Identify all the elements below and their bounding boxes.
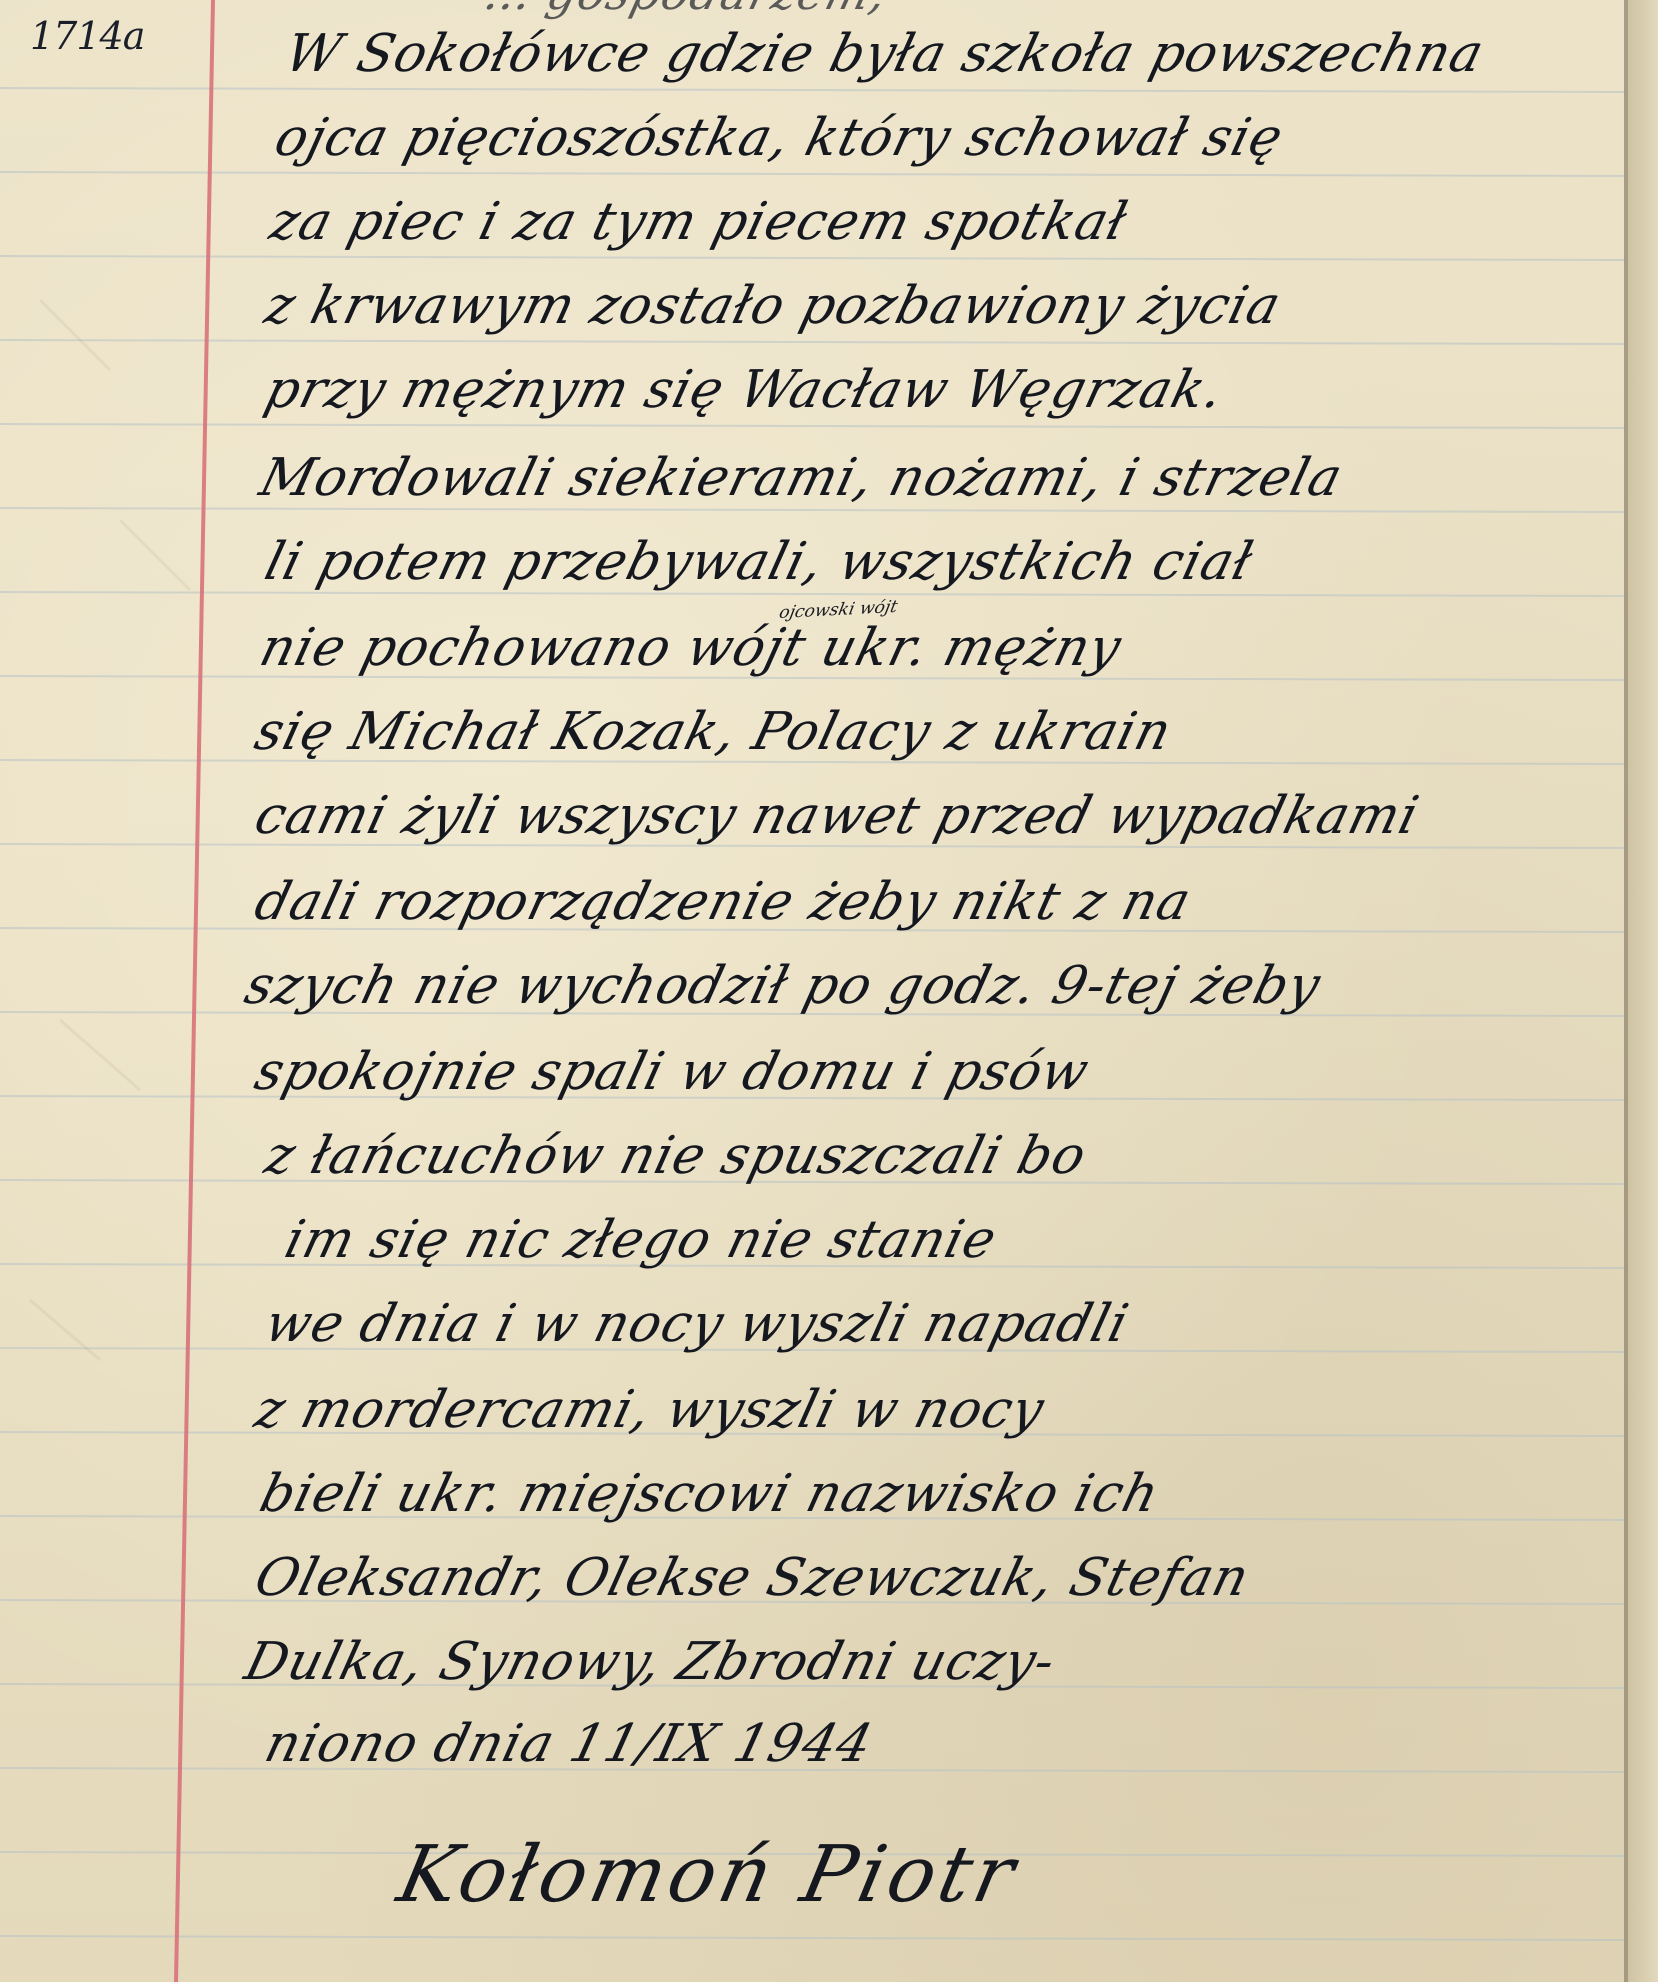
text-line: z krwawym zostało pozbawiony życia: [260, 280, 1286, 332]
text-line: szych nie wychodził po godz. 9-tej żeby: [240, 960, 1326, 1012]
signature: Kołomoń Piotr: [390, 1830, 1025, 1920]
page-edge-shadow: [1628, 0, 1658, 1982]
text-line: się Michał Kozak, Polacy z ukrain: [250, 706, 1177, 758]
text-line: W Sokołówce gdzie była szkoła powszechna: [280, 28, 1489, 80]
text-line: nie pochowano wójt ukr. mężny: [255, 622, 1127, 674]
page-edge: [1624, 0, 1628, 1982]
text-line: za piec i za tym piecem spotkał: [265, 196, 1132, 248]
text-line: bieli ukr. miejscowi nazwisko ich: [255, 1468, 1165, 1520]
ledger-page: 1714a … gospodarzem, W Sokołówce gdzie b…: [0, 0, 1658, 1982]
text-line: z łańcuchów nie spuszczali bo: [260, 1130, 1092, 1182]
text-line: we dnia i w nocy wyszli napadli: [260, 1298, 1134, 1350]
text-line: ojca pięcioszóstka, który schował się: [270, 112, 1288, 164]
text-line: dali rozporządzenie żeby nikt z na: [250, 876, 1196, 928]
text-line: li potem przebywali, wszystkich ciał: [260, 536, 1258, 588]
partial-top-line: … gospodarzem,: [480, 0, 893, 16]
text-line: Mordowali siekierami, nożami, i strzela: [255, 452, 1348, 504]
text-line: z mordercami, wyszli w nocy: [250, 1384, 1050, 1436]
text-line: im się nic złego nie stanie: [280, 1214, 1002, 1266]
text-line: cami żyli wszyscy nawet przed wypadkami: [250, 790, 1424, 842]
text-line: niono dnia 11/IX 1944: [260, 1718, 878, 1770]
entry-number: 1714a: [30, 14, 144, 58]
text-line: Dulka, Synowy, Zbrodni uczy-: [240, 1636, 1061, 1688]
margin-line: [176, 0, 213, 1982]
text-line: Oleksandr, Olekse Szewczuk, Stefan: [250, 1552, 1255, 1604]
text-line: przy mężnym się Wacław Węgrzak.: [260, 364, 1229, 416]
text-line: spokojnie spali w domu i psów: [250, 1046, 1094, 1098]
